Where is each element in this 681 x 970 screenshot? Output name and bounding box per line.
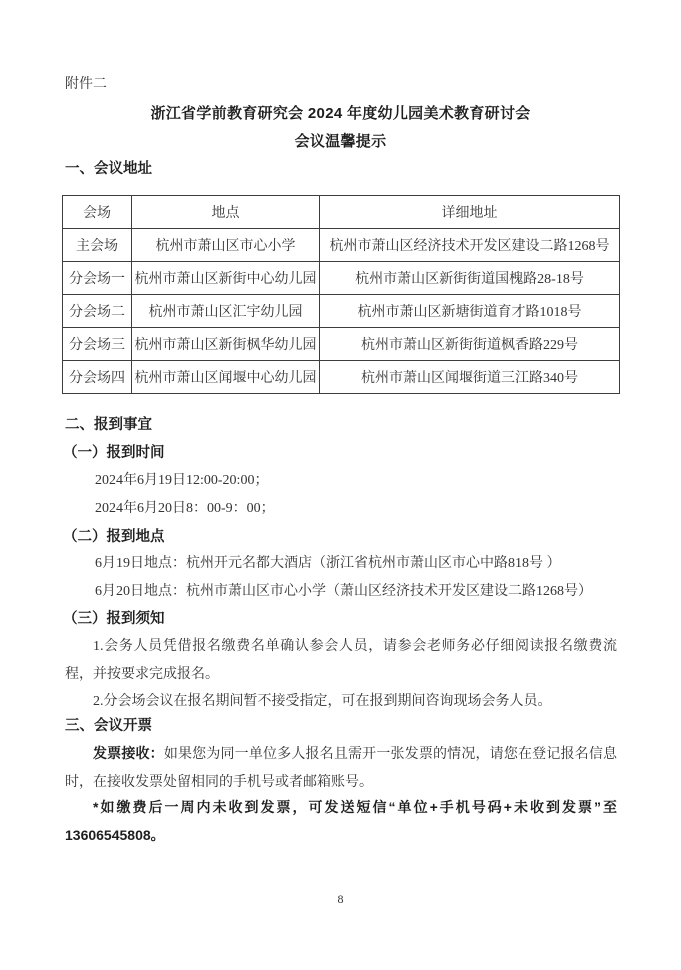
section-heading-registration: 二、报到事宜 (65, 416, 152, 434)
table-row: 主会场 杭州市萧山区市心小学 杭州市萧山区经济技术开发区建设二路1268号 (63, 229, 620, 262)
table-row: 分会场四 杭州市萧山区闻堰中心幼儿园 杭州市萧山区闻堰街道三江路340号 (63, 361, 620, 394)
table-row: 分会场一 杭州市萧山区新街中心幼儿园 杭州市萧山区新街街道国槐路28-18号 (63, 262, 620, 295)
column-header-detail: 详细地址 (320, 196, 620, 229)
detail-cell: 杭州市萧山区经济技术开发区建设二路1268号 (320, 229, 620, 262)
invoice-label: 发票接收： (93, 745, 164, 761)
subsection-heading-location: （二）报到地点 (63, 528, 165, 546)
venue-cell: 分会场四 (63, 361, 132, 394)
place-cell: 杭州市萧山区闻堰中心幼儿园 (132, 361, 320, 394)
registration-location-1: 6月19日地点：杭州开元名都大酒店（浙江省杭州市萧山区市心中路818号 ） (65, 555, 561, 573)
column-header-venue: 会场 (63, 196, 132, 229)
venue-cell: 分会场一 (63, 262, 132, 295)
table-row: 分会场二 杭州市萧山区汇宇幼儿园 杭州市萧山区新塘街道育才路1018号 (63, 295, 620, 328)
subsection-heading-notice: （三）报到须知 (63, 610, 165, 628)
notice-paragraph-1: 1.会务人员凭借报名缴费名单确认参会人员，请参会老师务必仔细阅读报名缴费流程，并… (65, 633, 617, 688)
document-subtitle: 会议温馨提示 (0, 133, 681, 151)
venue-table: 会场 地点 详细地址 主会场 杭州市萧山区市心小学 杭州市萧山区经济技术开发区建… (62, 195, 620, 394)
section-heading-address: 一、会议地址 (65, 160, 152, 178)
detail-cell: 杭州市萧山区新塘街道育才路1018号 (320, 295, 620, 328)
document-title: 浙江省学前教育研究会 2024 年度幼儿园美术教育研讨会 (0, 105, 681, 123)
detail-cell: 杭州市萧山区新街街道国槐路28-18号 (320, 262, 620, 295)
place-cell: 杭州市萧山区新街中心幼儿园 (132, 262, 320, 295)
place-cell: 杭州市萧山区市心小学 (132, 229, 320, 262)
venue-cell: 分会场三 (63, 328, 132, 361)
page-number: 8 (0, 890, 681, 908)
place-cell: 杭州市萧山区新街枫华幼儿园 (132, 328, 320, 361)
detail-cell: 杭州市萧山区新街街道枫香路229号 (320, 328, 620, 361)
detail-cell: 杭州市萧山区闻堰街道三江路340号 (320, 361, 620, 394)
table-row: 分会场三 杭州市萧山区新街枫华幼儿园 杭州市萧山区新街街道枫香路229号 (63, 328, 620, 361)
invoice-paragraph: 发票接收：如果您为同一单位多人报名且需开一张发票的情况，请您在登记报名信息时，在… (65, 740, 617, 796)
table-header-row: 会场 地点 详细地址 (63, 196, 620, 229)
invoice-bold-note: *如缴费后一周内未收到发票，可发送短信“单位+手机号码+未收到发票”至13606… (65, 794, 617, 849)
subsection-heading-time: （一）报到时间 (63, 444, 165, 462)
venue-cell: 主会场 (63, 229, 132, 262)
column-header-place: 地点 (132, 196, 320, 229)
notice-paragraph-2: 2.分会场会议在报名期间暂不接受指定，可在报到期间咨询现场会务人员。 (65, 688, 617, 716)
registration-time-2: 2024年6月20日8：00-9：00； (65, 500, 275, 518)
document-page: 附件二 浙江省学前教育研究会 2024 年度幼儿园美术教育研讨会 会议温馨提示 … (0, 0, 681, 970)
place-cell: 杭州市萧山区汇宇幼儿园 (132, 295, 320, 328)
registration-location-2: 6月20日地点：杭州市萧山区市心小学（萧山区经济技术开发区建设二路1268号） (65, 583, 592, 601)
registration-time-1: 2024年6月19日12:00-20:00； (65, 472, 268, 490)
venue-cell: 分会场二 (63, 295, 132, 328)
attachment-label: 附件二 (65, 76, 107, 94)
section-heading-invoice: 三、会议开票 (65, 717, 152, 735)
